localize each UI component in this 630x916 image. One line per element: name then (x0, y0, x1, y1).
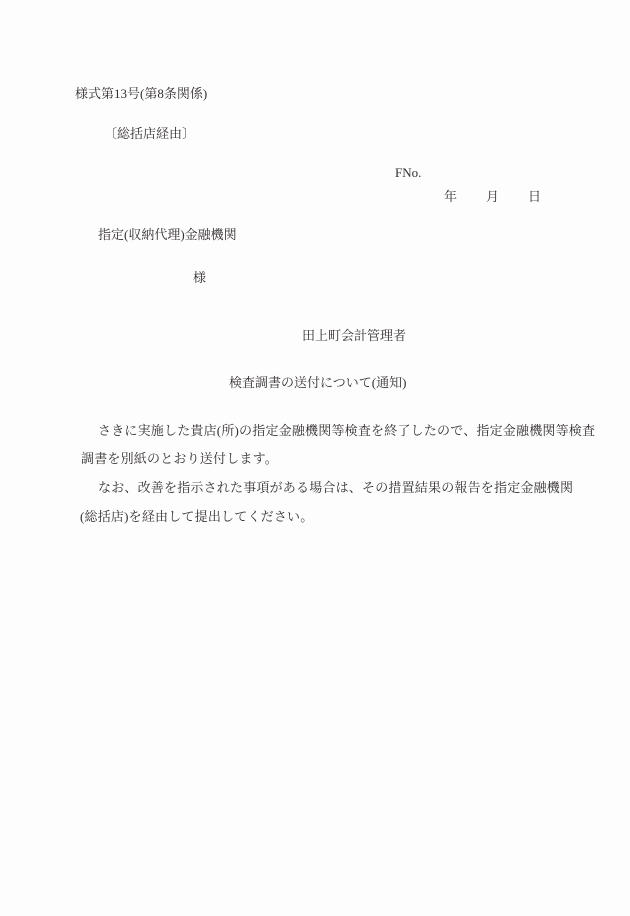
document-page: 様式第13号(第8条関係) 〔総括店経由〕 FNo. 年 月 日 指定(収納代理… (0, 0, 630, 916)
date-day-label: 日 (528, 190, 541, 203)
date-line: 年 月 日 (444, 190, 541, 203)
document-title: 検査調書の送付について(通知) (229, 376, 406, 389)
sender: 田上町会計管理者 (302, 329, 406, 342)
body-paragraph1-line1: さきに実施した貴店(所)の指定金融機関等検査を終了したので、指定金融機関等検査 (98, 424, 595, 437)
body-paragraph2-line2: (総括店)を経由して提出してください。 (80, 510, 313, 523)
date-month-label: 月 (486, 190, 499, 203)
body-paragraph2-line1: なお、改善を指示された事項がある場合は、その措置結果の報告を指定金融機関 (98, 481, 573, 494)
form-number: 様式第13号(第8条関係) (75, 87, 207, 100)
addressee: 指定(収納代理)金融機関 (98, 228, 237, 241)
body-paragraph1-line2: 調書を別紙のとおり送付します。 (81, 452, 278, 465)
fno-label: FNo. (395, 166, 421, 179)
date-year-label: 年 (444, 190, 457, 203)
via-note: 〔総括店経由〕 (104, 127, 195, 140)
addressee-honorific: 様 (193, 271, 206, 284)
